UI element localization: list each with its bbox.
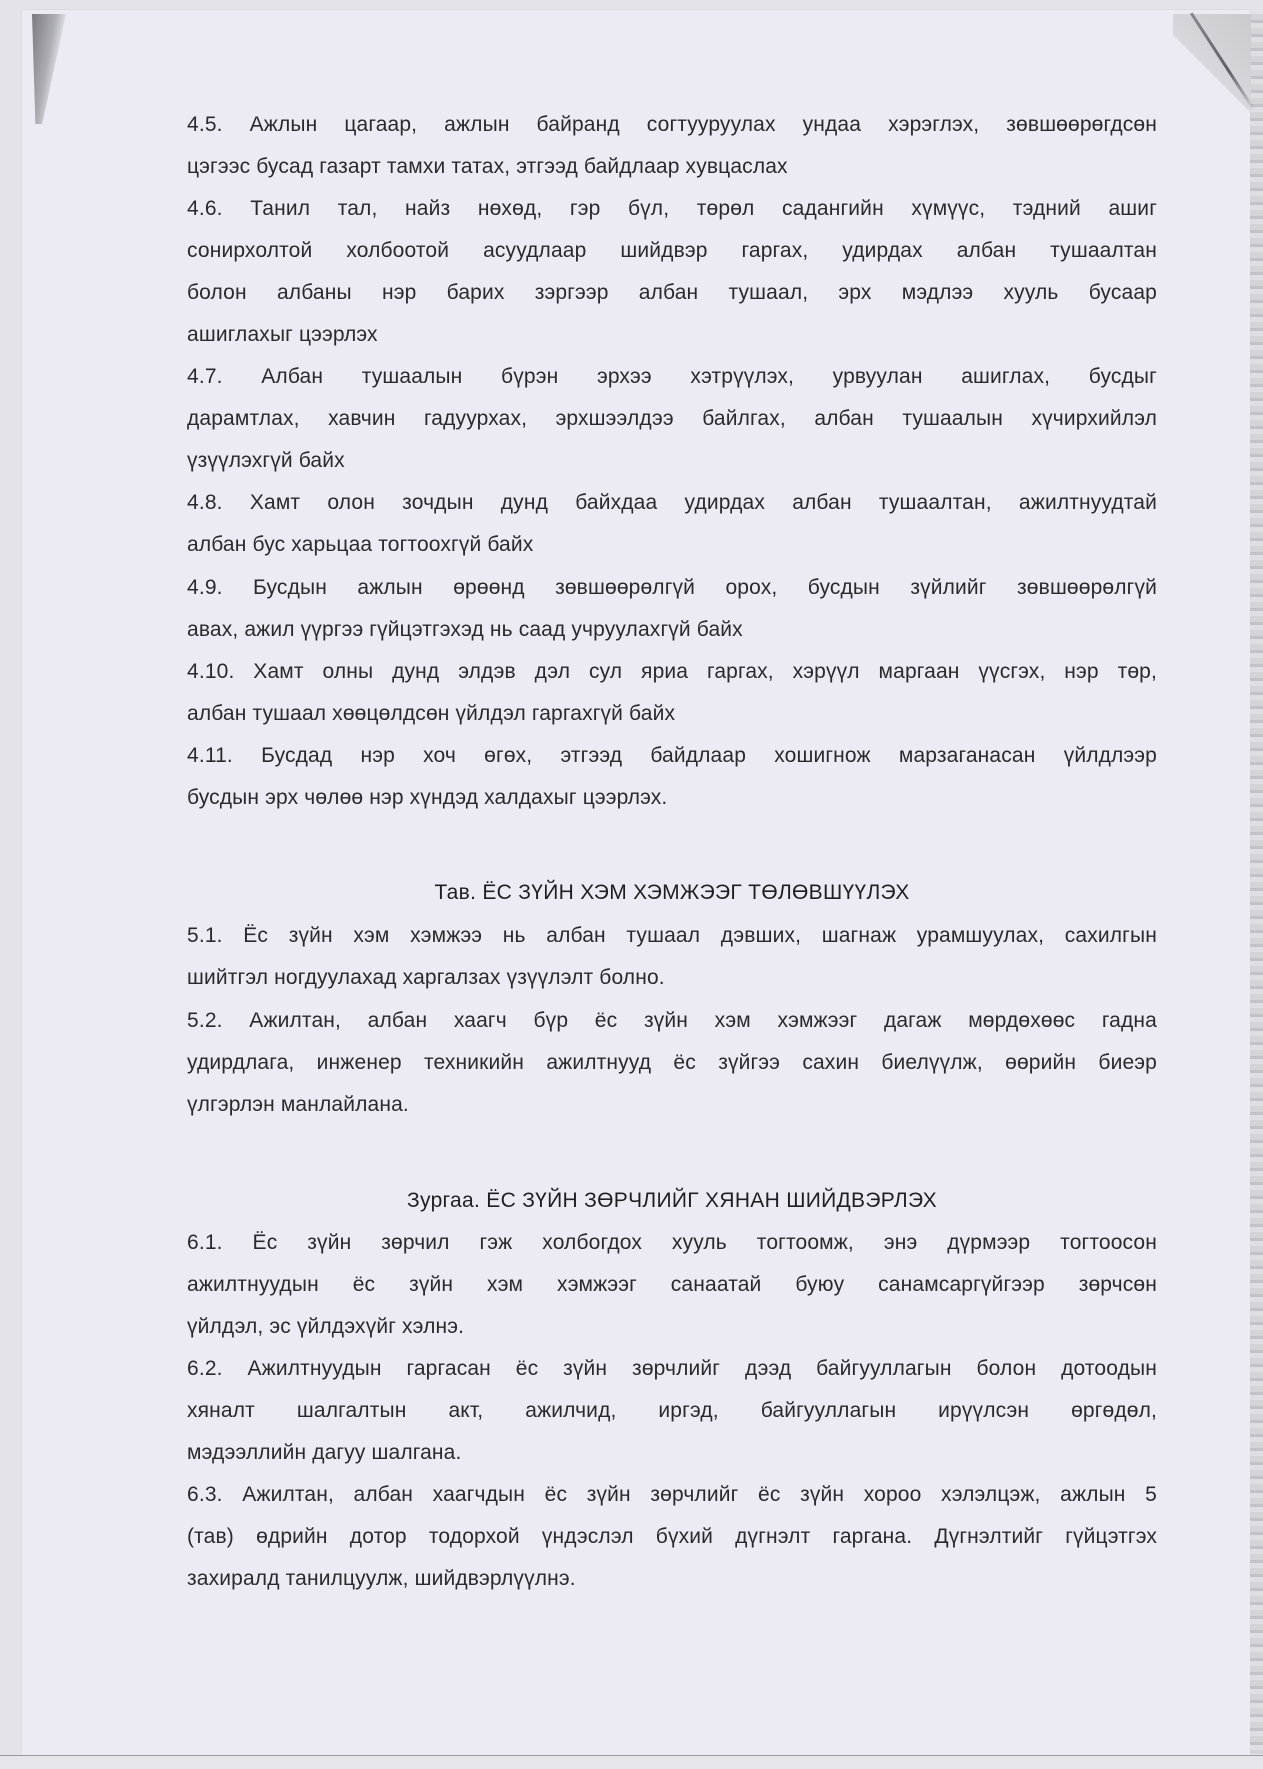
chapter-6-heading: Зургаа. ЁС ЗҮЙН ЗӨРЧЛИЙГ ХЯНАН ШИЙДВЭРЛЭ… bbox=[187, 1188, 1157, 1214]
item-5-1-line-1: 5.1. Ёс зүйн хэм хэмжээ нь албан тушаал … bbox=[187, 923, 1157, 949]
item-4-6-line-1: 4.6. Танил тал, найз нөхөд, гэр бүл, төр… bbox=[187, 196, 1157, 222]
item-4-6-line-4: ашиглахыг цээрлэх bbox=[187, 322, 1157, 348]
item-6-2-line-2: хяналт шалгалтын акт, ажилчид, иргэд, ба… bbox=[187, 1398, 1157, 1424]
item-6-1-line-2: ажилтнуудын ёс зүйн хэм хэмжээг санаатай… bbox=[187, 1272, 1157, 1298]
item-4-5-line-1: 4.5. Ажлын цагаар, ажлын байранд согтуур… bbox=[187, 112, 1157, 138]
folded-corner-right bbox=[1173, 14, 1251, 114]
item-6-2-line-3: мэдээллийн дагуу шалгана. bbox=[187, 1440, 1157, 1466]
item-6-3-line-1: 6.3. Ажилтан, албан хаагчдын ёс зүйн зөр… bbox=[187, 1482, 1157, 1508]
item-6-3-line-3: захиралд танилцуулж, шийдвэрлүүлнэ. bbox=[187, 1566, 1157, 1592]
item-5-2-line-1: 5.2. Ажилтан, албан хаагч бүр ёс зүйн хэ… bbox=[187, 1008, 1157, 1034]
item-6-2-line-1: 6.2. Ажилтнуудын гаргасан ёс зүйн зөрчли… bbox=[187, 1356, 1157, 1382]
item-4-10-line-2: албан тушаал хөөцөлдсөн үйлдэл гаргахгүй… bbox=[187, 701, 1157, 727]
item-4-9-line-2: авах, ажил үүргээ гүйцэтгэхэд нь саад уч… bbox=[187, 617, 1157, 643]
item-4-8-line-1: 4.8. Хамт олон зочдын дунд байхдаа удирд… bbox=[187, 490, 1157, 516]
item-4-7-line-1: 4.7. Албан тушаалын бүрэн эрхээ хэтрүүлэ… bbox=[187, 364, 1157, 390]
item-6-3-line-2: (тав) өдрийн дотор тодорхой үндэслэл бүх… bbox=[187, 1524, 1157, 1550]
item-4-8-line-2: албан бус харьцаа тогтоохгүй байх bbox=[187, 532, 1157, 558]
item-4-5-line-2: цэгээс бусад газарт тамхи татах, этгээд … bbox=[187, 154, 1157, 180]
item-4-11-line-2: бусдын эрх чөлөө нэр хүндэд халдахыг цээ… bbox=[187, 785, 1157, 811]
item-5-2-line-2: удирдлага, инженер техникийн ажилтнууд ё… bbox=[187, 1050, 1157, 1076]
item-5-2-line-3: үлгэрлэн манлайлана. bbox=[187, 1092, 1157, 1118]
item-4-6-line-2: сонирхолтой холбоотой асуудлаар шийдвэр … bbox=[187, 238, 1157, 264]
page-edge-strip bbox=[1250, 14, 1263, 1754]
item-4-6-line-3: болон албаны нэр барих зэргээр албан туш… bbox=[187, 280, 1157, 306]
page-bottom-edge bbox=[0, 1755, 1263, 1769]
item-5-1-line-2: шийтгэл ногдуулахад харгалзах үзүүлэлт б… bbox=[187, 965, 1157, 991]
item-4-7-line-2: дарамтлах, хавчин гадуурхах, эрхшээлдээ … bbox=[187, 406, 1157, 432]
item-6-1-line-1: 6.1. Ёс зүйн зөрчил гэж холбогдох хууль … bbox=[187, 1230, 1157, 1256]
item-6-1-line-3: үйлдэл, эс үйлдэхүйг хэлнэ. bbox=[187, 1314, 1157, 1340]
chapter-5-heading: Тав. ЁС ЗҮЙН ХЭМ ХЭМЖЭЭГ ТӨЛӨВШҮҮЛЭХ bbox=[187, 880, 1157, 906]
item-4-7-line-3: үзүүлэхгүй байх bbox=[187, 448, 1157, 474]
item-4-11-line-1: 4.11. Бусдад нэр хоч өгөх, этгээд байдла… bbox=[187, 743, 1157, 769]
item-4-10-line-1: 4.10. Хамт олны дунд элдэв дэл сул яриа … bbox=[187, 659, 1157, 685]
item-4-9-line-1: 4.9. Бусдын ажлын өрөөнд зөвшөөрөлгүй ор… bbox=[187, 575, 1157, 601]
